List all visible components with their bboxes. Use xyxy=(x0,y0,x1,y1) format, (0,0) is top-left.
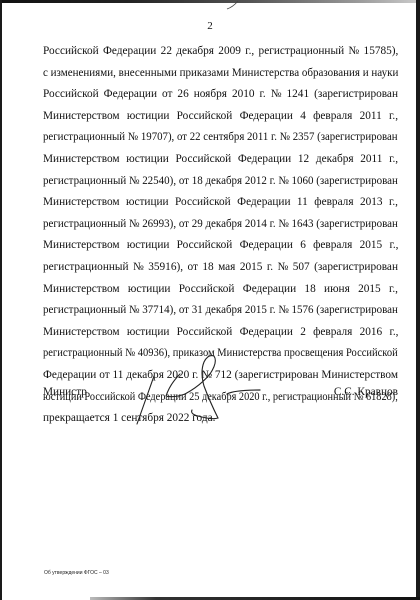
handwritten-signature-icon xyxy=(130,352,270,432)
footer-note: Об утверждении ФГОС – 03 xyxy=(44,570,109,576)
text-line: Министерством юстиции Российской Федерац… xyxy=(43,149,398,171)
scan-edge-top xyxy=(0,0,420,3)
text-line: Министерством юстиции Российской Федерац… xyxy=(43,279,398,301)
text-line: регистрационный № 22540), от 18 декабря … xyxy=(43,171,388,193)
text-line: Министерством юстиции Российской Федерац… xyxy=(43,322,398,344)
text-line: Министерством юстиции Российской Федерац… xyxy=(43,192,398,214)
signatory-name: С.С. Кравцов xyxy=(334,386,398,398)
text-line: Министерством юстиции Российской Федерац… xyxy=(43,235,398,257)
scan-edge-right xyxy=(416,0,420,600)
text-line: с изменениями, внесенными приказами Мини… xyxy=(43,63,389,85)
page-number: 2 xyxy=(0,20,420,32)
text-line: регистрационный № 35916), от 18 мая 2015… xyxy=(43,257,398,279)
text-line: регистрационный № 26993), от 29 декабря … xyxy=(43,214,388,236)
scan-edge-left xyxy=(0,0,2,600)
text-line: Российской Федерации от 26 ноября 2010 г… xyxy=(43,84,398,106)
text-line: регистрационный № 37714), от 31 декабря … xyxy=(43,300,388,322)
scan-mark-icon xyxy=(226,0,240,10)
signatory-title: Министр xyxy=(43,386,87,398)
text-line: регистрационный № 19707), от 22 сентября… xyxy=(43,127,384,149)
text-line: Российской Федерации 22 декабря 2009 г.,… xyxy=(43,41,398,63)
text-line: Министерством юстиции Российской Федерац… xyxy=(43,106,398,128)
